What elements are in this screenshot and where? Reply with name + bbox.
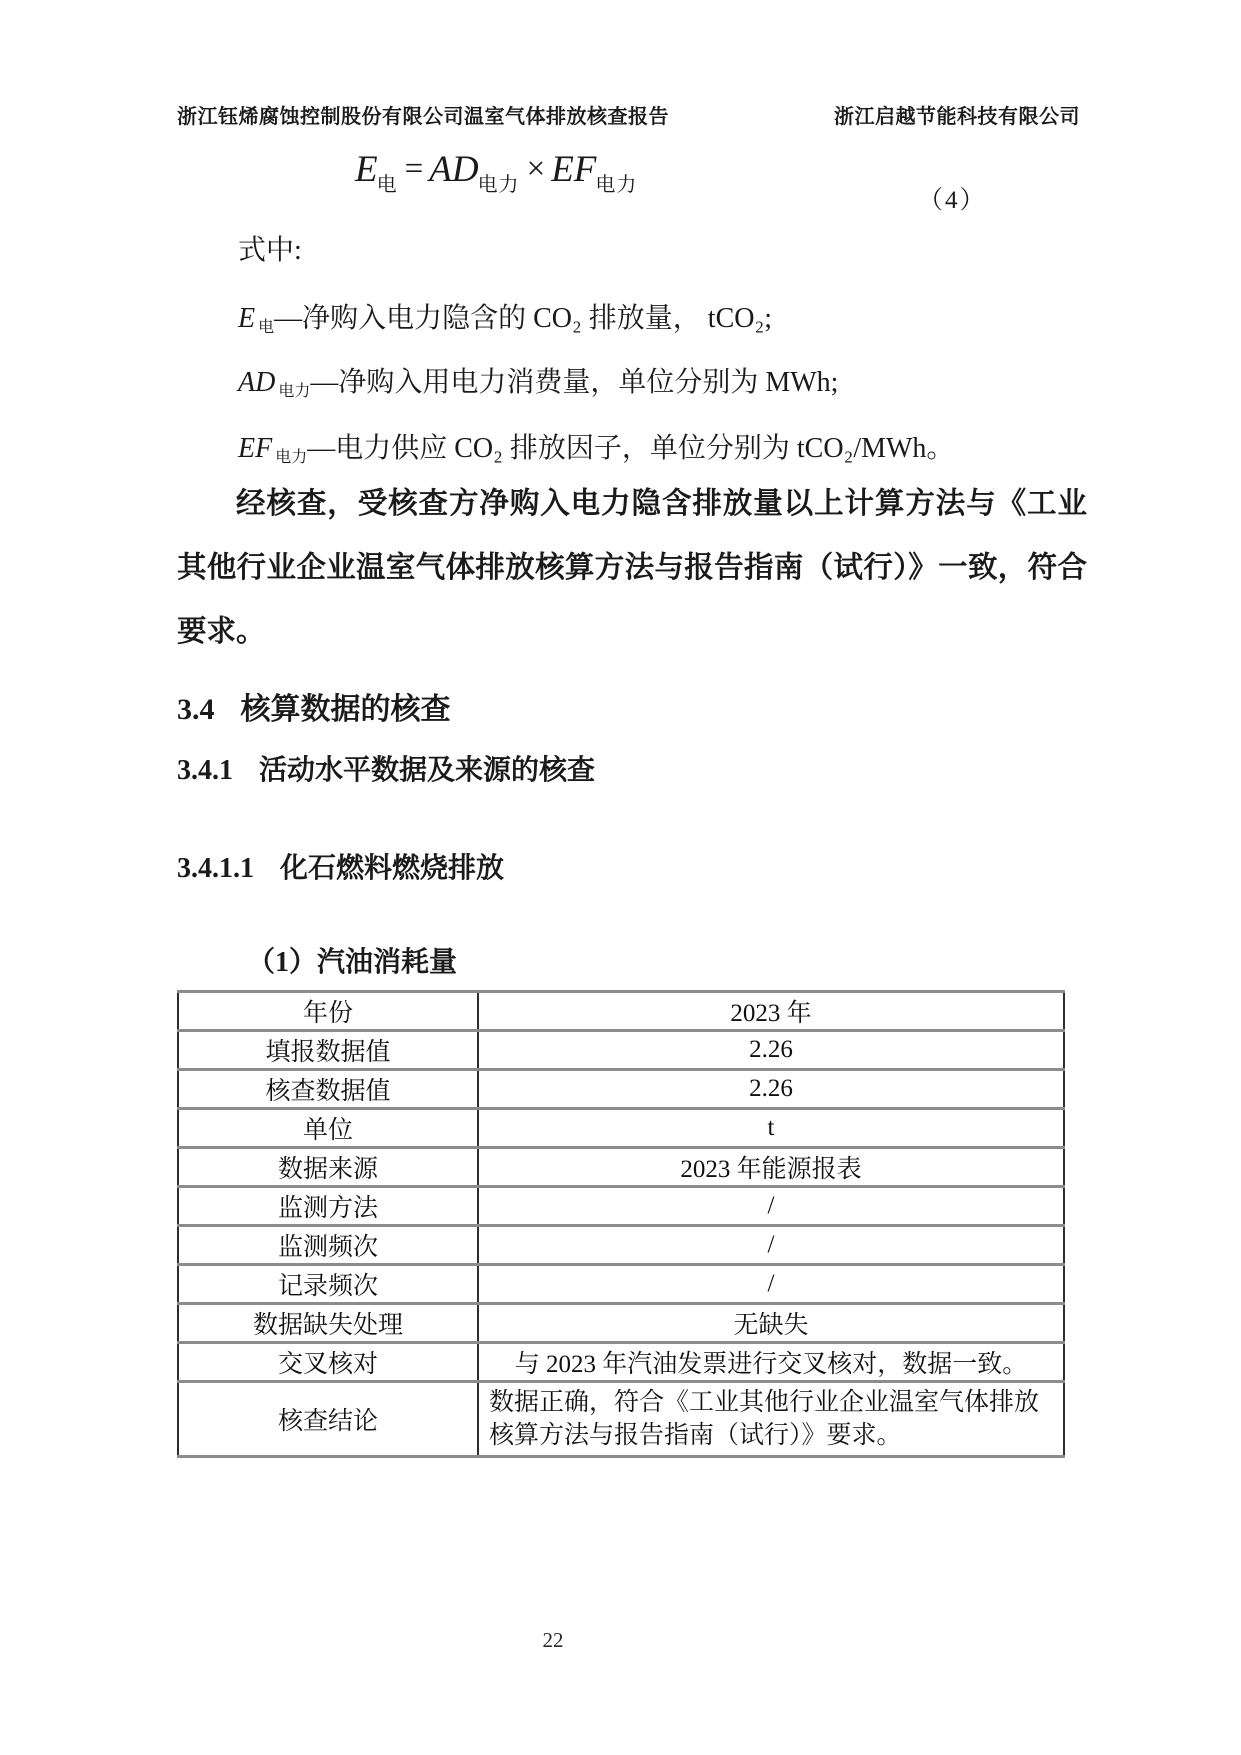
row-value-cell: t [478,1109,1064,1148]
table-row: 核查数据值 2.26 [178,1070,1064,1109]
verification-table: 年份 2023 年 填报数据值 2.26 核查数据值 2.26 单位 t 数据来… [177,990,1065,1458]
equation-number: （4） [918,180,987,216]
row-value-cell: / [478,1187,1064,1226]
table-row: 交叉核对 与 2023 年汽油发票进行交叉核对，数据一致。 [178,1343,1064,1382]
section-title: 核算数据的核查 [241,693,451,726]
row-value-cell: / [478,1265,1064,1304]
row-value-cell: 数据正确，符合《工业其他行业企业温室气体排放核算方法与报告指南（试行）》要求。 [478,1382,1064,1457]
row-value-cell: 无缺失 [478,1304,1064,1343]
row-value-cell: 与 2023 年汽油发票进行交叉核对，数据一致。 [478,1343,1064,1382]
definition-line-ef: EF电力—电力供应 CO₂ 排放因子，单位分别为 tCO₂/MWh。 [238,426,954,466]
table-row: 数据缺失处理 无缺失 [178,1304,1064,1343]
row-label-cell: 数据来源 [178,1148,478,1187]
definition-line-e: E电—净购入电力隐含的 CO₂ 排放量， tCO₂; [238,296,772,336]
row-label-cell: 监测方法 [178,1187,478,1226]
row-label-cell: 监测频次 [178,1226,478,1265]
formula-expression: E电=AD电力×EF电力 [355,148,638,191]
definition-line-ad: AD电力—净购入用电力消费量，单位分别为 MWh; [238,360,838,400]
formula-sub-e: 电 [377,174,398,196]
row-label-cell: 单位 [178,1109,478,1148]
row-value-cell: / [478,1226,1064,1265]
row-label-cell: 核查结论 [178,1382,478,1457]
table-row: 监测方法 / [178,1187,1064,1226]
section-number: 3.4 [177,693,241,726]
subsection-title: 活动水平数据及来源的核查 [259,755,595,786]
definition-var: E [238,303,258,334]
document-page: 浙江钰烯腐蚀控制股份有限公司温室气体排放核查报告 浙江启越节能科技有限公司 E电… [0,0,1241,1755]
table-row: 填报数据值 2.26 [178,1031,1064,1070]
row-label-cell: 数据缺失处理 [178,1304,478,1343]
row-label-cell: 填报数据值 [178,1031,478,1070]
row-value-cell: 2.26 [478,1070,1064,1109]
table-row: 单位 t [178,1109,1064,1148]
formula-var-ef: EF [551,149,596,190]
page-number: 22 [498,1628,608,1653]
table-row: 记录频次 / [178,1265,1064,1304]
section-heading-3-4: 3.4核算数据的核查 [177,684,451,728]
header-left-title: 浙江钰烯腐蚀控制股份有限公司温室气体排放核查报告 [177,100,669,129]
row-value-cell: 2.26 [478,1031,1064,1070]
running-header: 浙江钰烯腐蚀控制股份有限公司温室气体排放核查报告 浙江启越节能科技有限公司 [177,100,1080,129]
table-row: 年份 2023 年 [178,992,1064,1031]
multiply-sign: × [521,151,552,187]
definition-text: —电力供应 CO₂ 排放因子，单位分别为 tCO₂/MWh。 [307,433,954,464]
table-row-conclusion: 核查结论 数据正确，符合《工业其他行业企业温室气体排放核算方法与报告指南（试行）… [178,1382,1064,1457]
table-row: 数据来源 2023 年能源报表 [178,1148,1064,1187]
row-label-cell: 记录频次 [178,1265,478,1304]
list-item-heading-gasoline: （1）汽油消耗量 [247,940,457,980]
row-value-cell: 2023 年能源报表 [478,1148,1064,1187]
subsubsection-title: 化石燃料燃烧排放 [280,853,504,884]
definition-text: —净购入电力隐含的 CO₂ 排放量， tCO₂; [274,303,772,334]
header-right-company: 浙江启越节能科技有限公司 [834,100,1080,129]
definition-sub: 电力 [278,383,310,400]
definition-sub: 电力 [275,449,307,466]
formula-var-ad: AD [429,149,478,190]
row-label-cell: 核查数据值 [178,1070,478,1109]
subsubsection-heading-3-4-1-1: 3.4.1.1化石燃料燃烧排放 [177,846,504,886]
row-label-cell: 交叉核对 [178,1343,478,1382]
subsection-heading-3-4-1: 3.4.1活动水平数据及来源的核查 [177,748,595,788]
subsection-number: 3.4.1 [177,755,259,786]
subsubsection-number: 3.4.1.1 [177,853,280,884]
formula-sub-ad: 电力 [478,174,520,196]
body-paragraph: 经核查，受核查方净购入电力隐含排放量以上计算方法与《工业其他行业企业温室气体排放… [177,472,1087,664]
formula-var-e: E [355,149,378,190]
definition-sub: 电 [258,319,274,336]
formula-sub-ef: 电力 [595,174,637,196]
where-label: 式中: [238,228,302,268]
definition-var: AD [238,367,278,398]
row-label-cell: 年份 [178,992,478,1031]
row-value-cell: 2023 年 [478,992,1064,1031]
equals-sign: = [399,151,430,187]
definition-text: —净购入用电力消费量，单位分别为 MWh; [310,367,838,398]
table-row: 监测频次 / [178,1226,1064,1265]
definition-var: EF [238,433,275,464]
